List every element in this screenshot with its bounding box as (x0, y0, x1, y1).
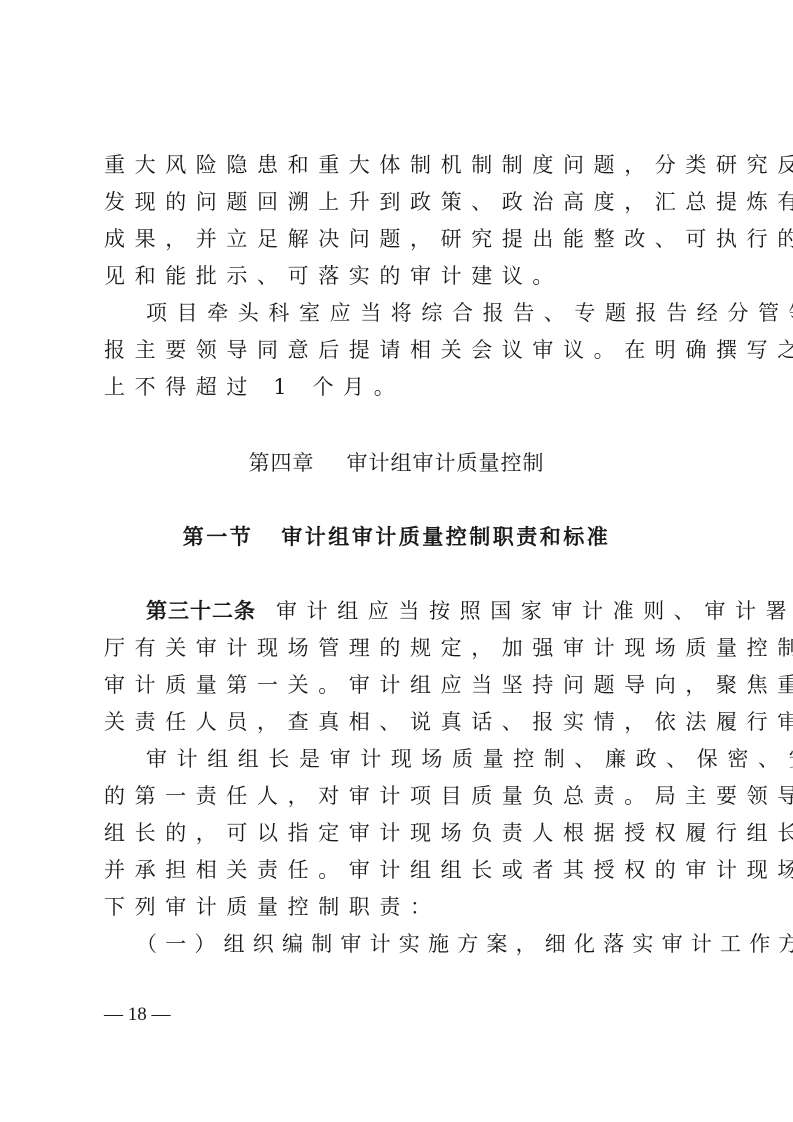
page-number: — 18 — (104, 1002, 171, 1028)
paragraph-line: 组长的，可以指定审计现场负责人根据授权履行组长的工作职责 (104, 818, 694, 848)
article-text: 审计组应当按照国家审计准则、审计署和审计 (276, 599, 793, 623)
article-first-line: 第三十二条审计组应当按照国家审计准则、审计署和审计 (146, 596, 696, 626)
paragraph-line: 厅有关审计现场管理的规定，加强审计现场质量控制，切实把好 (104, 633, 694, 663)
paragraph-line: 成果，并立足解决问题，研究提出能整改、可执行的处理处罚意 (104, 224, 694, 254)
paragraph-line: 的第一责任人，对审计项目质量负总责。局主要领导担任审计组 (104, 781, 694, 811)
section-title: 审计组审计质量控制职责和标准 (281, 524, 610, 549)
document-page: 重大风险隐患和重大体制机制制度问题，分类研究反映问题，对 发现的问题回溯上升到政… (0, 0, 793, 1122)
paragraph-line: 见和能批示、可落实的审计建议。 (104, 261, 694, 291)
paragraph-line: 重大风险隐患和重大体制机制制度问题，分类研究反映问题，对 (104, 150, 694, 180)
chapter-number: 第四章 (249, 451, 315, 475)
list-item: （一）组织编制审计实施方案，细化落实审计工作方案要求 (136, 929, 696, 959)
paragraph-line: 项目牵头科室应当将综合报告、专题报告经分管领导同意， (146, 298, 696, 328)
paragraph-line: 上不得超过 1 个月。 (104, 372, 694, 402)
paragraph-line: 下列审计质量控制职责： (104, 892, 694, 922)
paragraph-line: 审计组组长是审计现场质量控制、廉政、保密、安全等工作 (146, 744, 696, 774)
section-number: 第一节 (183, 524, 254, 549)
chapter-title: 审计组审计质量控制 (347, 451, 545, 475)
paragraph-line: 关责任人员，查真相、说真话、报实情，依法履行审计监督职责。 (104, 707, 694, 737)
paragraph-line: 审计质量第一关。审计组应当坚持问题导向，聚焦重大事项和相 (104, 670, 694, 700)
paragraph-line: 并承担相关责任。审计组组长或者其授权的审计现场负责人履行 (104, 855, 694, 885)
section-heading: 第一节审计组审计质量控制职责和标准 (0, 522, 793, 552)
paragraph-line: 报主要领导同意后提请相关会议审议。在明确撰写之日起，原则 (104, 335, 694, 365)
chapter-heading: 第四章审计组审计质量控制 (0, 448, 793, 478)
article-label: 第三十二条 (146, 599, 256, 623)
paragraph-line: 发现的问题回溯上升到政策、政治高度，汇总提炼有分量的审计 (104, 187, 694, 217)
